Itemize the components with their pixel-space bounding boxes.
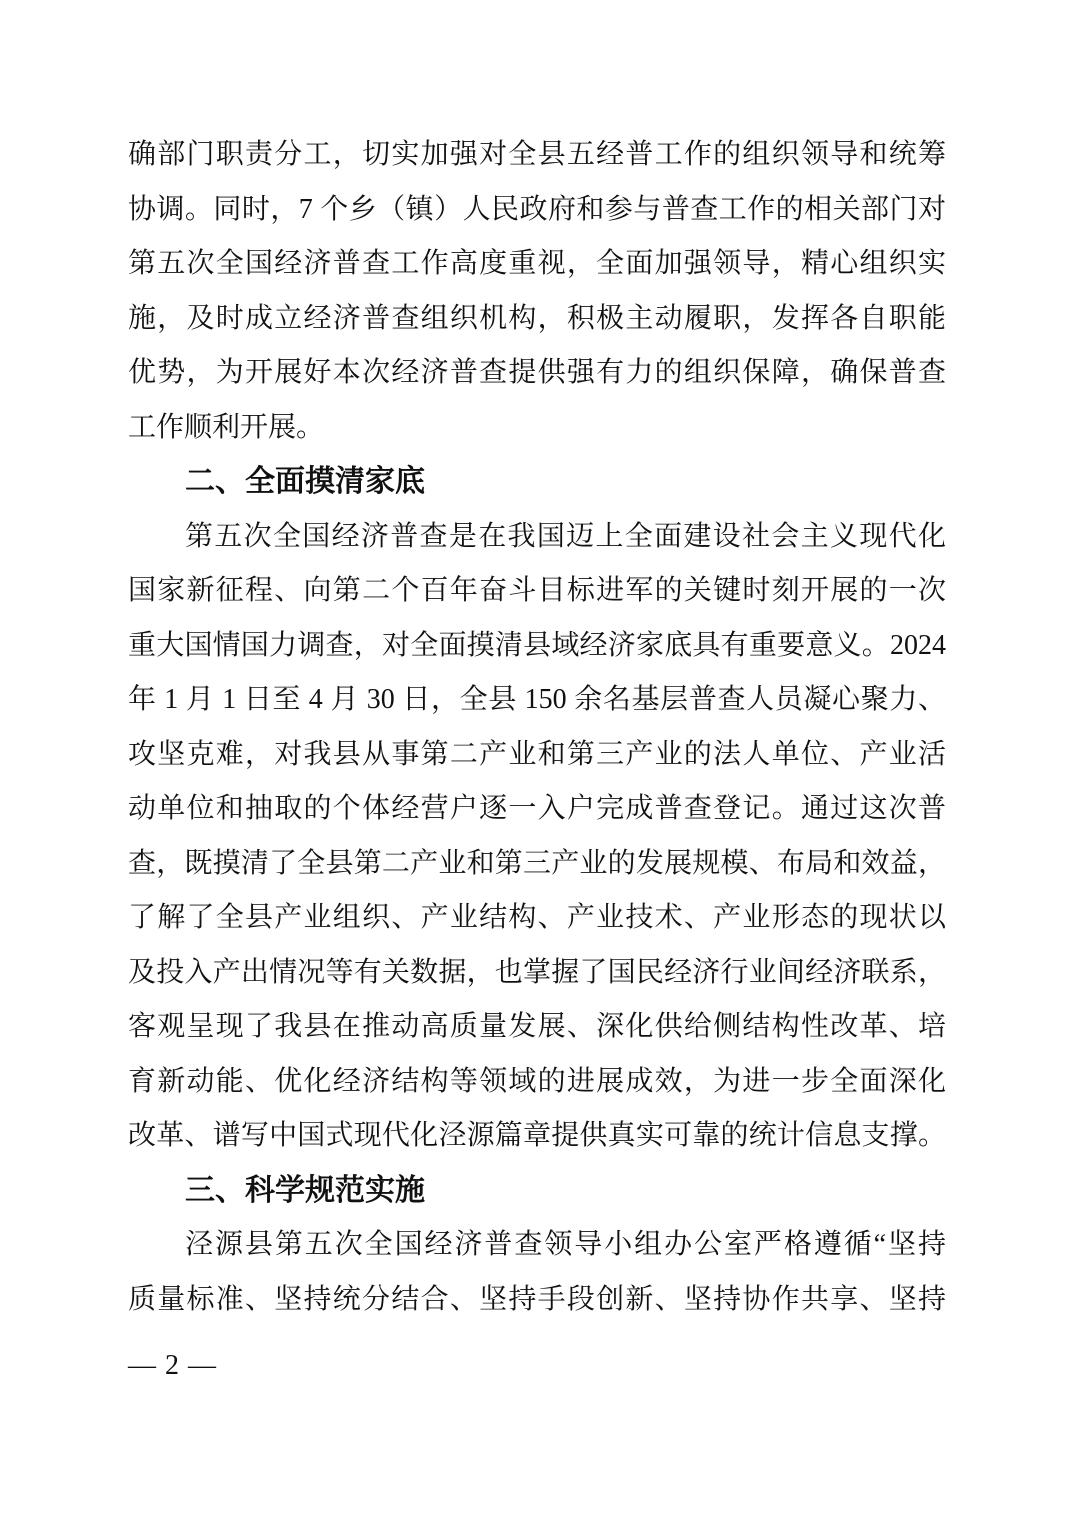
text-line: 工作顺利开展。: [128, 401, 946, 456]
text-line: 查，既摸清了全县第二产业和第三产业的发展规模、布局和效益，: [128, 837, 946, 892]
text-line: 及投入产出情况等有关数据，也掌握了国民经济行业间经济联系，: [128, 946, 946, 1001]
text-line: 重大国情国力调查，对全面摸清县域经济家底具有重要意义。2024: [128, 619, 946, 674]
page-number: — 2 —: [128, 1339, 217, 1394]
section-heading-3: 三、科学规范实施: [128, 1164, 946, 1219]
text-line: 改革、谱写中国式现代化泾源篇章提供真实可靠的统计信息支撑。: [128, 1109, 946, 1164]
section-heading-2: 二、全面摸清家底: [128, 455, 946, 510]
text-line: 国家新征程、向第二个百年奋斗目标进军的关键时刻开展的一次: [128, 564, 946, 619]
text-line: 客观呈现了我县在推动高质量发展、深化供给侧结构性改革、培: [128, 1000, 946, 1055]
text-line: 优势，为开展好本次经济普查提供强有力的组织保障，确保普查: [128, 346, 946, 401]
text-line: 施，及时成立经济普查组织机构，积极主动履职，发挥各自职能: [128, 292, 946, 347]
text-line: 动单位和抽取的个体经营户逐一入户完成普查登记。通过这次普: [128, 782, 946, 837]
text-line: 协调。同时，7 个乡（镇）人民政府和参与普查工作的相关部门对: [128, 183, 946, 238]
text-line: 泾源县第五次全国经济普查领导小组办公室严格遵循“坚持: [128, 1218, 946, 1273]
document-body: 确部门职责分工，切实加强对全县五经普工作的组织领导和统筹协调。同时，7 个乡（镇…: [128, 128, 946, 1327]
text-line: 育新动能、优化经济结构等领域的进展成效，为进一步全面深化: [128, 1055, 946, 1110]
text-line: 年 1 月 1 日至 4 月 30 日，全县 150 余名基层普查人员凝心聚力、: [128, 673, 946, 728]
text-line: 了解了全县产业组织、产业结构、产业技术、产业形态的现状以: [128, 891, 946, 946]
text-line: 攻坚克难，对我县从事第二产业和第三产业的法人单位、产业活: [128, 728, 946, 783]
document-page: 确部门职责分工，切实加强对全县五经普工作的组织领导和统筹协调。同时，7 个乡（镇…: [0, 0, 1074, 1520]
text-line: 第五次全国经济普查是在我国迈上全面建设社会主义现代化: [128, 510, 946, 565]
text-line: 确部门职责分工，切实加强对全县五经普工作的组织领导和统筹: [128, 128, 946, 183]
text-line: 质量标准、坚持统分结合、坚持手段创新、坚持协作共享、坚持: [128, 1273, 946, 1328]
text-line: 第五次全国经济普查工作高度重视，全面加强领导，精心组织实: [128, 237, 946, 292]
